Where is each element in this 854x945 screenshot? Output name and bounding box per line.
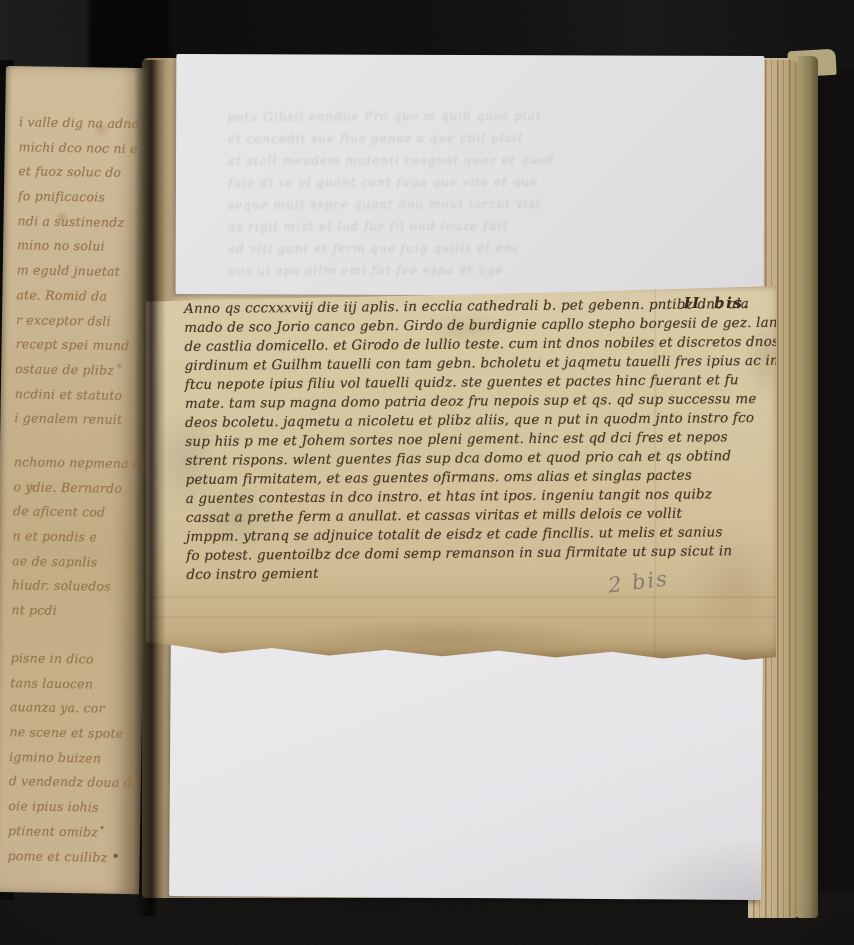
manuscript-line-fragment: ptinent omibz xyxy=(8,819,140,846)
manuscript-line-fragment: ostaue de plibz xyxy=(15,357,147,384)
manuscript-line-fragment: hiudr. soluedos xyxy=(12,574,144,601)
charter-text-block: Anno qs cccxxxviij die iij aplis. in ecc… xyxy=(184,295,772,585)
manuscript-line-fragment: i valle dig na adno xyxy=(19,110,151,137)
manuscript-line-fragment: ae de sapnlis xyxy=(12,549,144,576)
manuscript-line-fragment: ne scene et spote xyxy=(9,720,141,747)
manuscript-line-fragment: oie ipius iohis xyxy=(8,794,140,821)
left-manuscript-page: i valle dig na adnomichi dco noc ni eet … xyxy=(0,66,152,894)
manuscript-line-fragment: n et pondis e xyxy=(12,524,144,551)
charter-text-line: ftcu nepote ipius filiu vol tauelli quid… xyxy=(185,371,771,395)
manuscript-line-fragment: d vendendz doua dz xyxy=(9,770,141,797)
charter-text-line: cassat a prethe ferm a anullat. et cassa… xyxy=(186,504,772,528)
charter-text-line: sup hiis p me et Johem sortes noe pleni … xyxy=(185,428,771,452)
pasted-charter-strip: II. bis. Anno qs cccxxxviij die iij apli… xyxy=(146,286,776,660)
left-page-text-block-middle: nchomo nepmena doo ydie. Bernardode afic… xyxy=(11,450,146,625)
manuscript-line-fragment: de aficent cod xyxy=(13,500,145,527)
charter-text-line: de castlia domicello. et Girodo de lulli… xyxy=(184,333,770,357)
ink-bleed-through: pota Gibsil eandue Pro quo m quib quos p… xyxy=(228,104,754,282)
charter-text-line: dco instro gemient xyxy=(186,561,772,585)
manuscript-line-fragment: nchomo nepmena do xyxy=(14,450,146,477)
bleed-through-line: ad viti gant et ferm que fuig quiliz et … xyxy=(228,236,753,260)
manuscript-line-fragment: igmino buizen xyxy=(9,745,141,772)
charter-text-line: Anno qs cccxxxviij die iij aplis. in ecc… xyxy=(184,295,770,319)
charter-text-line: a guentes contestas in dco instro. et ht… xyxy=(186,485,772,509)
manuscript-line-fragment: o ydie. Bernardo xyxy=(13,475,145,502)
bleed-through-line: et concedit sue fius genoz a que cuil pl… xyxy=(228,126,753,150)
manuscript-line-fragment: ncdini et statuto xyxy=(15,382,147,409)
charter-text-line: petuam firmitatem, et eas guentes ofirma… xyxy=(185,466,771,490)
charter-text-line: deos bcoletu. jaqmetu a nicoletu et plib… xyxy=(185,409,771,433)
bleed-through-line: pota Gibsil eandue Pro quo m quib quos p… xyxy=(228,104,753,128)
protective-sheet-bottom xyxy=(169,640,763,900)
bleed-through-line: as rigit mist et lad fur fil oud touze f… xyxy=(228,214,753,238)
manuscript-line-fragment: auanza ya. cor xyxy=(10,696,142,723)
manuscript-line-fragment: nt pcdi xyxy=(11,598,143,625)
charter-text-line: fo potest. guentoilbz dce domi semp rema… xyxy=(186,542,772,566)
left-page-text-block-top: i valle dig na adnomichi dco noc ni eet … xyxy=(14,110,151,433)
charter-text-line: mado de sco Jorio canco gebn. Girdo de b… xyxy=(184,314,770,338)
manuscript-line-fragment: recept spei mund xyxy=(15,332,147,359)
bleed-through-line: seque mult sspce quant dou mout larcut v… xyxy=(228,192,753,216)
charter-text-line: strent rispons. wlent guentes fias sup d… xyxy=(185,447,771,471)
manuscript-line-fragment: mino no solui xyxy=(17,234,149,261)
charter-text-line: girdinum et Guilhm tauelli con tam gebn.… xyxy=(184,352,770,376)
folio-label: II. bis. xyxy=(684,294,750,312)
manuscript-line-fragment: tans lauocen xyxy=(10,671,142,698)
bleed-through-line: fuio di se ol guant cont fuga que vite e… xyxy=(228,170,753,194)
book-cover-edge xyxy=(798,56,818,918)
manuscript-line-fragment: ate. Romid da xyxy=(16,283,148,310)
manuscript-line-fragment: ndi a sustinendz xyxy=(17,209,149,236)
pencil-annotation: 2 bis xyxy=(607,566,670,597)
manuscript-line-fragment: et fuoz soluc do xyxy=(18,160,150,187)
charter-text-line: mate. tam sup magna domo patria deoz fru… xyxy=(185,390,771,414)
manuscript-line-fragment: m eguld jnuetat xyxy=(17,258,149,285)
bleed-through-line: uos ul apa altm emi fut fee espa et uge xyxy=(228,258,753,282)
manuscript-line-fragment: pisne in dico xyxy=(11,646,143,673)
manuscript-line-fragment: i genalem renuit xyxy=(14,406,146,433)
photo-backdrop-bottom xyxy=(0,892,854,945)
manuscript-line-fragment: michi dco noc ni e xyxy=(19,135,151,162)
protective-sheet-top: pota Gibsil eandue Pro quo m quib quos p… xyxy=(176,54,765,296)
left-page-text-block-bottom: pisne in dicotans lauocenauanza ya. corn… xyxy=(7,646,142,870)
manuscript-line-fragment: r exceptor dsli xyxy=(16,308,148,335)
manuscript-line-fragment: pome et cuilibz xyxy=(7,844,139,871)
bleed-through-line: at stall meudem mutenti cosgnat quoz et … xyxy=(228,148,753,172)
manuscript-photo: i valle dig na adnomichi dco noc ni eet … xyxy=(0,0,854,945)
charter-text-line: jmppm. ytranq se adjnuice totalit de eis… xyxy=(186,523,772,547)
left-page-text: i valle dig na adnomichi dco noc ni eet … xyxy=(0,66,152,894)
manuscript-line-fragment: fo pnificacois xyxy=(18,184,150,211)
